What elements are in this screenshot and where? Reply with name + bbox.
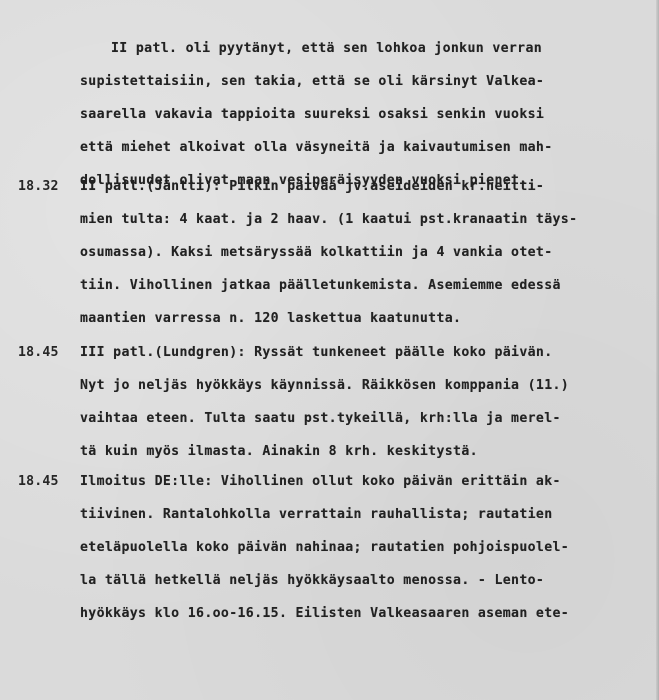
text-line: eteläpuolella koko päivän nahinaa; rauta… (80, 531, 569, 564)
text-line: la tällä hetkellä neljäs hyökkäysaalto m… (80, 564, 544, 597)
text-line: tiivinen. Rantalohkolla verrattain rauha… (80, 498, 553, 531)
document-page: II patl. oli pyytänyt, että sen lohkoa j… (0, 0, 659, 700)
entry-timestamp: 18.45 (18, 465, 59, 498)
text-line: supistettaisiin, sen takia, että se oli … (80, 65, 544, 98)
text-line: vaihtaa eteen. Tulta saatu pst.tykeillä,… (80, 402, 561, 435)
text-line: osumassa). Kaksi metsäryssää kolkattiin … (80, 236, 553, 269)
text-line: III patl.(Lundgren): Ryssät tunkeneet pä… (80, 336, 553, 369)
text-line: tä kuin myös ilmasta. Ainakin 8 krh. kes… (80, 435, 478, 468)
text-line: hyökkäys klo 16.oo-16.15. Eilisten Valke… (80, 597, 569, 630)
text-line: Nyt jo neljäs hyökkäys käynnissä. Räikkö… (80, 369, 569, 402)
entry-timestamp: 18.45 (18, 336, 59, 369)
text-line: saarella vakavia tappioita suureksi osak… (80, 98, 544, 131)
text-line: II patl. oli pyytänyt, että sen lohkoa j… (111, 32, 542, 65)
entry-timestamp: 18.32 (18, 170, 59, 203)
text-line: tiin. Vihollinen jatkaa päälletunkemista… (80, 269, 561, 302)
text-line: maantien varressa n. 120 laskettua kaatu… (80, 302, 461, 335)
text-line: II patl.(Jäntti): Pitkin päivää jv.aseid… (80, 170, 544, 203)
text-line: Ilmoitus DE:lle: Vihollinen ollut koko p… (80, 465, 561, 498)
text-line: mien tulta: 4 kaat. ja 2 haav. (1 kaatui… (80, 203, 577, 236)
text-line: että miehet alkoivat olla väsyneitä ja k… (80, 131, 553, 164)
